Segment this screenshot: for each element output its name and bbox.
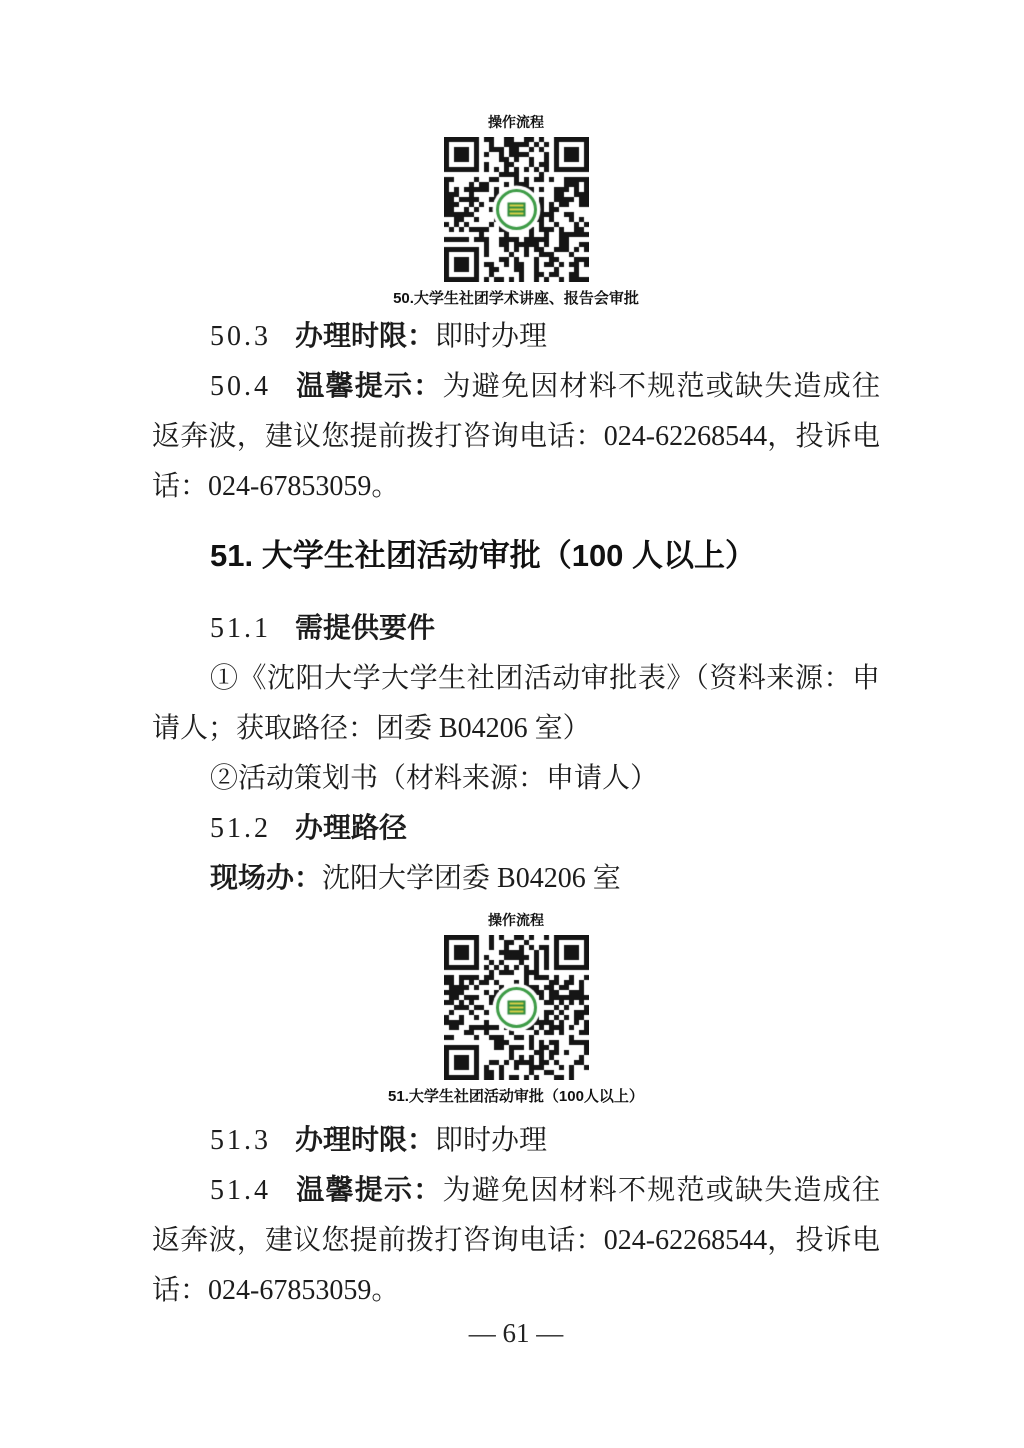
- clause-label-50-4: 温馨提示：: [295, 371, 443, 402]
- clause-label-51-4: 温馨提示：: [295, 1175, 443, 1206]
- paragraph-50-4: 50.4温馨提示：为避免因材料不规范或缺失造成往返奔波，建议您提前拨打咨询电话：…: [152, 362, 880, 512]
- clause-label-51-3: 办理时限：: [295, 1125, 435, 1156]
- page-number: — 61 —: [152, 1318, 880, 1348]
- paragraph-51-4: 51.4温馨提示：为避免因材料不规范或缺失造成往返奔波，建议您提前拨打咨询电话：…: [152, 1166, 880, 1316]
- qr-caption-50: 50.大学生社团学术讲座、报告会审批: [152, 288, 880, 310]
- clause-number-50-3: 50.3: [210, 321, 271, 352]
- onsite-line: 现场办：沈阳大学团委 B04206 室: [152, 854, 880, 904]
- qr-block-50: 操作流程 50.大学生社团学术讲座、报告会审批: [152, 112, 880, 310]
- onsite-label: 现场办：: [210, 863, 322, 894]
- paragraph-50-3: 50.3办理时限：即时办理: [152, 312, 880, 362]
- paragraph-51-3: 51.3办理时限：即时办理: [152, 1116, 880, 1166]
- section-51-title: 51. 大学生社团活动审批（100 人以上）: [152, 534, 880, 578]
- onsite-value: 沈阳大学团委 B04206 室: [322, 863, 621, 894]
- clause-label-50-3: 办理时限：: [295, 321, 435, 352]
- qr-flow-label-51: 操作流程: [152, 910, 880, 930]
- required-item-1: ①《沈阳大学大学生社团活动审批表》（资料来源：申请人；获取路径：团委 B0420…: [152, 654, 880, 754]
- qr-flow-label-50: 操作流程: [152, 112, 880, 132]
- qr-caption-51: 51.大学生社团活动审批（100人以上）: [152, 1086, 880, 1108]
- page-content: 操作流程 50.大学生社团学术讲座、报告会审批 50.3办理时限：即时办理 50…: [0, 0, 1024, 1348]
- document-page: 操作流程 50.大学生社团学术讲座、报告会审批 50.3办理时限：即时办理 50…: [0, 0, 1024, 1448]
- clause-label-51-1: 需提供要件: [295, 613, 435, 644]
- clause-number-51-4: 51.4: [210, 1175, 271, 1206]
- clause-number-51-1: 51.1: [210, 613, 271, 644]
- paragraph-51-2: 51.2办理路径: [152, 804, 880, 854]
- paragraph-51-1: 51.1需提供要件: [152, 604, 880, 654]
- clause-number-50-4: 50.4: [210, 371, 271, 402]
- clause-value-51-3: 即时办理: [435, 1125, 547, 1156]
- clause-label-51-2: 办理路径: [295, 813, 407, 844]
- qr-code-50-icon: [444, 137, 589, 282]
- required-item-2: ②活动策划书（材料来源：申请人）: [152, 754, 880, 804]
- qr-code-51-icon: [444, 935, 589, 1080]
- qr-block-51: 操作流程 51.大学生社团活动审批（100人以上）: [152, 910, 880, 1108]
- clause-value-50-3: 即时办理: [435, 321, 547, 352]
- clause-number-51-2: 51.2: [210, 813, 271, 844]
- clause-number-51-3: 51.3: [210, 1125, 271, 1156]
